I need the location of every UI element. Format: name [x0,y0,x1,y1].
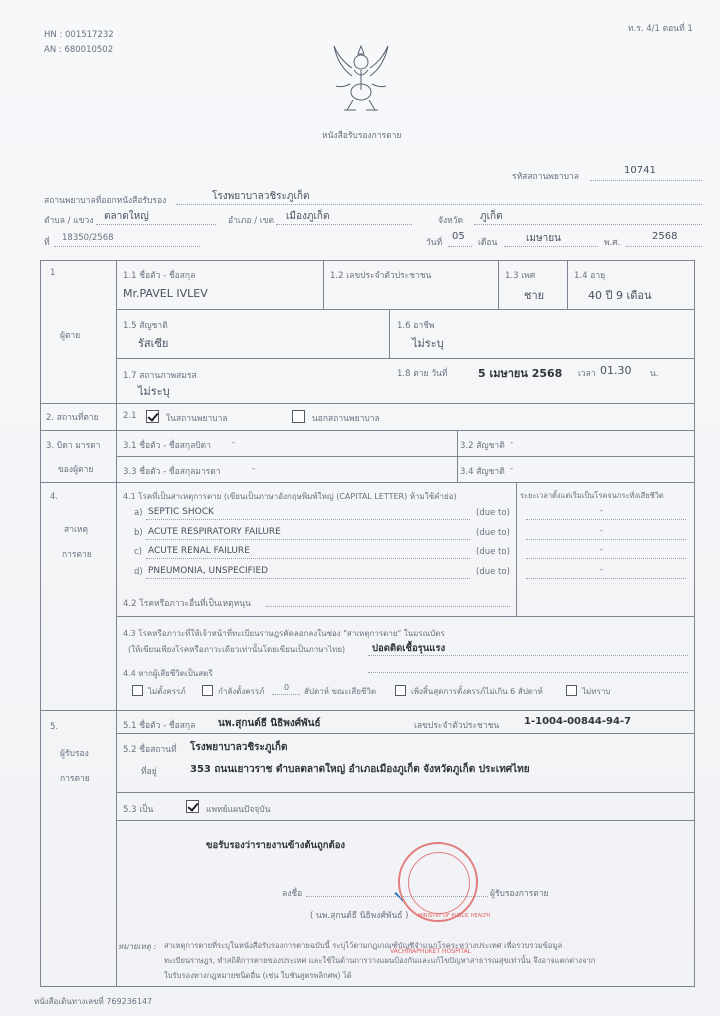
registrar-cause: ปอดติดเชื้อรุนแรง [372,641,445,656]
address-value: 353 ถนนเยาวราช ตำบลตลาดใหญ่ อำเภอเมืองภู… [190,762,530,777]
deceased-name-label: 1.1 ชื่อตัว - ชื่อสกุล [123,268,195,282]
cause-dotted-line [146,539,470,540]
death-certificate-page: HN : 001517232 AN : 680010502 ท.ร. 4/1 ต… [0,0,720,1016]
seal-text: MINISTRY OF PUBLIC HEALTH [418,913,490,919]
nationality-label: 1.5 สัญชาติ [123,318,168,332]
unknown-checkbox[interactable] [566,685,577,696]
place-of-death-number: 2.1 [123,411,137,421]
passport-number: หนังสือเดินทางเลขที่ 769236147 [34,995,152,1008]
pregnant-checkbox[interactable] [202,685,213,696]
month-value: เมษายน [526,231,561,246]
cause-letter: d) [134,567,143,577]
death-date-label: 1.8 ตาย วันที่ [397,366,447,380]
duration-dotted-line [526,539,686,540]
doc-no: 18350/2568 [62,233,114,243]
note-label: หมายเหตุ : [118,940,156,953]
pregnancy-weeks: 0 [284,683,289,692]
section3-title: 3. บิดา มารดา [46,438,100,452]
section5-subtitle: การตาย [60,771,90,785]
note-line-1: สาเหตุการตายที่ระบุในหนังสือรับรองการตาย… [164,940,562,952]
signer-name: ( นพ.สุกนต์ธี นิธิพงศ์พันธ์ ) [310,908,408,922]
father-nat: - [510,438,513,448]
deceased-id-label: 1.2 เลขประจำตัวประชาชน [330,268,431,282]
issuer-label: สถานพยาบาลที่ออกหนังสือรับรอง [44,193,166,207]
cause-text: PNEUMONIA, UNSPECIFIED [148,566,268,576]
role-checkbox[interactable] [186,800,199,813]
due-to-label: (due to) [476,567,510,577]
district-label: อำเภอ / เขต [228,213,274,227]
cause-label: 4.1 โรคที่เป็นสาเหตุการตาย (เขียนเป็นภาษ… [123,490,457,503]
section2-title: 2. สถานที่ตาย [46,410,99,424]
hn-number: HN : 001517232 [44,30,114,40]
certifier-id-label: เลขประจำตัวประชาชน [414,718,499,732]
mother-nat: - [510,464,513,474]
year-label: พ.ศ. [604,235,620,249]
garuda-emblem-icon [330,40,392,120]
address-label: ที่อยู่ [141,764,157,778]
mother-name: - [252,464,255,474]
issuer-name: โรงพยาบาลวชิระภูเก็ต [212,189,310,204]
section4-subtitle: การตาย [62,547,92,561]
due-to-label: (due to) [476,528,510,538]
mother-name-label: 3.3 ชื่อตัว - ชื่อสกุลมารดา [123,464,221,478]
not-pregnant-label: ไม่ตั้งครรภ์ [148,685,186,698]
female-label: 4.4 หากผู้เสียชีวิตเป็นสตรี [123,667,213,680]
father-name: - [232,438,235,448]
duration-dotted-line [526,519,686,520]
registrar-label: 4.3 โรคหรือภาวะที่ให้เจ้าหน้าที่ทะเบียนร… [123,627,445,640]
registrar-sublabel: (ให้เขียนเพียงโรคหรือภาวะเดียวเท่านั้นโด… [128,643,345,656]
section3-subtitle: ของผู้ตาย [58,462,93,476]
sign-suffix: ผู้รับรองการตาย [490,886,549,900]
seal-subtext: VACHIRAPHUKET HOSPITAL [390,948,471,955]
hospital-code: 10741 [624,165,656,176]
cause-duration: - [600,526,603,536]
section1-title: ผู้ตาย [60,328,80,342]
death-time-label: เวลา [578,366,596,380]
month-label: เดือน [478,235,497,249]
unknown-label: ไม่ทราบ [582,685,610,698]
section5-title: ผู้รับรอง [60,746,89,760]
cause-duration: - [600,506,603,516]
place-value: โรงพยาบาลวชิระภูเก็ต [190,740,288,755]
cause-dotted-line [146,578,470,579]
death-date: 5 เมษายน 2568 [478,364,562,382]
certifier-name-label: 5.1 ชื่อตัว - ชื่อสกุล [123,718,195,732]
section4-title: สาเหตุ [64,522,88,536]
out-hospital-label: นอกสถานพยาบาล [312,411,380,425]
mother-nat-label: 3.4 สัญชาติ [460,464,505,478]
cause-duration: - [600,545,603,555]
due-to-label: (due to) [476,508,510,518]
province-value: ภูเก็ต [480,209,503,224]
not-pregnant-checkbox[interactable] [132,685,143,696]
section4-number: 4. [50,492,58,502]
deceased-name: Mr.PAVEL IVLEV [123,287,208,300]
recent-pregnancy-checkbox[interactable] [395,685,406,696]
marital-value: ไม่ระบุ [138,382,170,400]
death-time: 01.30 [600,364,632,377]
certifier-id: 1-1004-00844-94-7 [524,716,631,727]
sign-label: ลงชื่อ [282,886,302,900]
pregnancy-weeks-suffix: สัปดาห์ ขณะเสียชีวิต [304,685,376,698]
an-number: AN : 680010502 [44,45,113,55]
ministry-seal-icon [398,842,478,922]
cause-letter: c) [134,547,142,557]
certifier-name: นพ.สุกนต์ธี นิธิพงศ์พันธ์ [218,716,321,731]
document-title: หนังสือรับรองการตาย [322,128,401,142]
marital-label: 1.7 สถานภาพสมรส [123,368,197,382]
role-label: 5.3 เป็น [123,802,153,816]
age-label: 1.4 อายุ [574,268,605,282]
out-hospital-checkbox[interactable] [292,410,305,423]
district-value: เมืองภูเก็ต [286,209,329,224]
pregnant-label: กำลังตั้งครรภ์ [218,685,264,698]
age-value: 40 ปี 9 เดือน [588,286,652,304]
note-line-2: ทะเบียนราษฎร, ทำสถิติการตายของประเทศ และ… [164,955,595,967]
sex-value: ชาย [524,286,544,304]
day-value: 05 [452,231,465,242]
day-label: วันที่ [426,235,442,249]
due-to-label: (due to) [476,547,510,557]
cause-letter: a) [134,508,143,518]
cause-text: SEPTIC SHOCK [148,507,214,517]
duration-dotted-line [526,578,686,579]
cause-dotted-line [146,558,470,559]
cause-text: ACUTE RENAL FAILURE [148,546,250,556]
sex-label: 1.3 เพศ [505,268,535,282]
other-condition-label: 4.2 โรคหรือภาวะอื่นที่เป็นเหตุหนุน [123,596,251,610]
occupation-value: ไม่ระบุ [412,334,444,352]
occupation-label: 1.6 อาชีพ [397,318,434,332]
certify-statement: ขอรับรองว่ารายงานข้างต้นถูกต้อง [206,838,345,853]
duration-label: ระยะเวลาตั้งแต่เริ่มเป็นโรคจนกระทั่งเสีย… [520,490,664,502]
role-value: แพทย์แผนปัจจุบัน [206,802,271,816]
note-line-3: ใบรับรองทางกฎหมายชนิดอื่น (เช่น ใบชันสูต… [164,970,352,982]
father-name-label: 3.1 ชื่อตัว - ชื่อสกุลบิดา [123,438,211,452]
recent-pregnancy-label: เพิ่งสิ้นสุดการตั้งครรภ์ไม่เกิน 6 สัปดาห… [411,685,543,698]
subdistrict-value: ตลาดใหญ่ [104,209,149,224]
duration-dotted-line [526,558,686,559]
cause-text: ACUTE RESPIRATORY FAILURE [148,527,281,537]
cause-dotted-line [146,519,470,520]
nationality-value: รัสเซีย [138,334,168,352]
section5-number: 5. [50,722,58,732]
in-hospital-label: ในสถานพยาบาล [166,411,228,425]
cause-duration: - [600,565,603,575]
subdistrict-label: ตำบล / แขวง [44,213,93,227]
section1-number: 1 [50,268,55,278]
year-value: 2568 [652,231,677,242]
in-hospital-checkbox[interactable] [146,410,159,423]
death-time-unit: น. [650,366,659,380]
doc-no-label: ที่ [44,235,50,249]
hospital-code-label: รหัสสถานพยาบาล [512,169,579,183]
place-label: 5.2 ชื่อสถานที่ [123,742,177,756]
form-code: ท.ร. 4/1 ตอนที่ 1 [628,21,693,35]
province-label: จังหวัด [438,213,463,227]
father-nat-label: 3.2 สัญชาติ [460,438,505,452]
cause-letter: b) [134,528,143,538]
